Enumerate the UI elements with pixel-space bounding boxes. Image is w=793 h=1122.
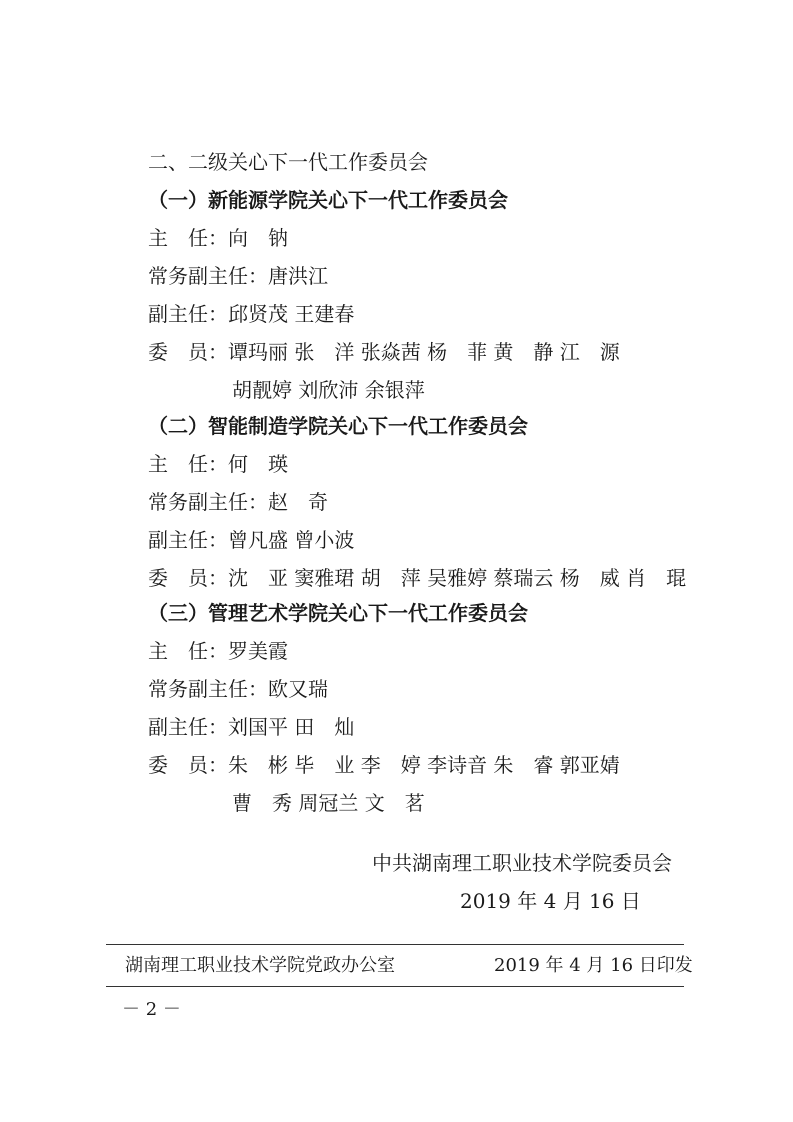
deputy-label: 副主任： (148, 715, 228, 739)
deputy-names: 刘国平 田 灿 (228, 715, 354, 739)
document-page: 二、二级关心下一代工作委员会 （一）新能源学院关心下一代工作委员会 主 任：向 … (0, 0, 793, 1122)
members-label: 委 员： (148, 566, 228, 590)
director-label: 主 任： (148, 639, 228, 663)
committee-1-members-cont: 胡靓婷 刘欣沛 余银萍 (232, 378, 425, 402)
exec-deputy-label: 常务副主任： (148, 677, 268, 701)
members-list: 谭玛丽 张 洋 张焱茜 杨 菲 黄 静 江 源 (228, 340, 620, 364)
exec-deputy-name: 唐洪江 (268, 264, 328, 288)
committee-2-members: 委 员：沈 亚 窦雅珺 胡 萍 吴雅婷 蔡瑞云 杨 威 肖 琨 (148, 566, 686, 590)
director-label: 主 任： (148, 226, 228, 250)
committee-1-director: 主 任：向 钠 (148, 226, 288, 250)
deputy-names: 邱贤茂 王建春 (228, 302, 354, 326)
committee-3-director: 主 任：罗美霞 (148, 639, 288, 663)
exec-deputy-name: 欧又瑞 (268, 677, 328, 701)
section-title: 二、二级关心下一代工作委员会 (148, 150, 428, 174)
deputy-label: 副主任： (148, 302, 228, 326)
director-label: 主 任： (148, 452, 228, 476)
exec-deputy-label: 常务副主任： (148, 264, 268, 288)
committee-3-deputies: 副主任：刘国平 田 灿 (148, 715, 354, 739)
members-list: 朱 彬 毕 业 李 婷 李诗音 朱 睿 郭亚婧 (228, 753, 620, 777)
deputy-label: 副主任： (148, 528, 228, 552)
committee-1-deputies: 副主任：邱贤茂 王建春 (148, 302, 354, 326)
committee-2-title: （二）智能制造学院关心下一代工作委员会 (148, 414, 528, 438)
members-label: 委 员： (148, 753, 228, 777)
committee-1-title: （一）新能源学院关心下一代工作委员会 (148, 188, 508, 212)
footer-issue-date: 2019 年 4 月 16 日印发 (494, 955, 693, 977)
committee-3-exec-deputy: 常务副主任：欧又瑞 (148, 677, 328, 701)
director-name: 罗美霞 (228, 639, 288, 663)
committee-3-members: 委 员：朱 彬 毕 业 李 婷 李诗音 朱 睿 郭亚婧 (148, 753, 620, 777)
footer-top-rule (106, 944, 684, 945)
committee-1-exec-deputy: 常务副主任：唐洪江 (148, 264, 328, 288)
page-number: － 2 － (122, 999, 181, 1021)
committee-2-director: 主 任：何 瑛 (148, 452, 288, 476)
signature-date: 2019 年 4 月 16 日 (460, 889, 641, 913)
members-label: 委 员： (148, 340, 228, 364)
footer-bottom-rule (106, 986, 684, 987)
deputy-names: 曾凡盛 曾小波 (228, 528, 354, 552)
committee-3-title: （三）管理艺术学院关心下一代工作委员会 (148, 601, 528, 625)
exec-deputy-label: 常务副主任： (148, 490, 268, 514)
members-list: 沈 亚 窦雅珺 胡 萍 吴雅婷 蔡瑞云 杨 威 肖 琨 (228, 566, 686, 590)
exec-deputy-name: 赵 奇 (268, 490, 328, 514)
committee-1-members: 委 员：谭玛丽 张 洋 张焱茜 杨 菲 黄 静 江 源 (148, 340, 620, 364)
committee-2-exec-deputy: 常务副主任：赵 奇 (148, 490, 328, 514)
signature-organization: 中共湖南理工职业技术学院委员会 (372, 851, 672, 875)
footer-issuer: 湖南理工职业技术学院党政办公室 (125, 955, 395, 977)
committee-2-deputies: 副主任：曾凡盛 曾小波 (148, 528, 354, 552)
director-name: 何 瑛 (228, 452, 288, 476)
committee-3-members-cont: 曹 秀 周冠兰 文 茗 (232, 791, 425, 815)
director-name: 向 钠 (228, 226, 288, 250)
